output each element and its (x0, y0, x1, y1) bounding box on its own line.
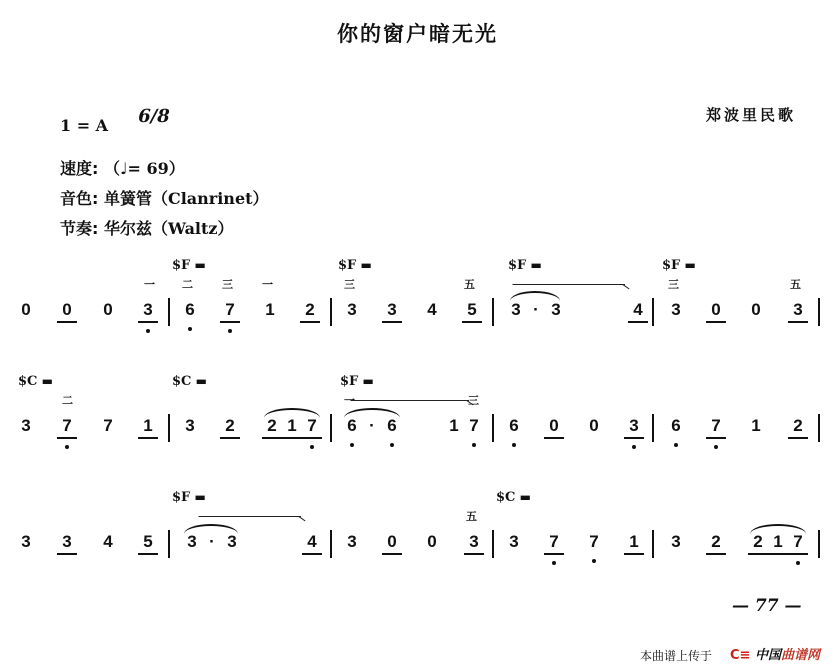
chord-label: $F ▬ (172, 258, 206, 273)
note: 6 (384, 416, 400, 436)
chord-label: $F ▬ (338, 258, 372, 273)
bar-line (652, 414, 654, 442)
lower-octave-dot (390, 443, 394, 447)
note: 3 (626, 416, 642, 436)
chord-label: $C ▬ (172, 374, 207, 389)
note: 5 (140, 532, 156, 552)
fingering-mark: 一 (262, 276, 273, 292)
bar-line (168, 298, 170, 326)
chord-suffix: ▬ (358, 374, 374, 388)
chord-suffix: ▬ (190, 490, 206, 504)
bar-line (330, 298, 332, 326)
note: 7 (59, 416, 75, 436)
timbre-value: 单簧管（Clanrinet） (104, 189, 269, 208)
lower-octave-dot (228, 329, 232, 333)
score-line-1: $F ▬$F ▬$F ▬$F ▬一二三一三五三五0003671233453·34… (0, 254, 835, 344)
note: 3 (140, 300, 156, 320)
bar-line (652, 298, 654, 326)
note: 2 (790, 416, 806, 436)
note: 3 (466, 532, 482, 552)
score-line-2: $C ▬$C ▬$F ▬二一三3771322176·61760036712 (0, 370, 835, 460)
phrase-bracket (512, 284, 625, 291)
note: 3 (668, 532, 684, 552)
note: 7 (222, 300, 238, 320)
lower-octave-dot (188, 327, 192, 331)
rhythm-row: 节奏: 华尔兹（Waltz） (60, 216, 234, 239)
note: 3 (184, 532, 200, 552)
bar-line (492, 414, 494, 442)
bar-line (652, 530, 654, 558)
note: 7 (546, 532, 562, 552)
note: 3 (506, 532, 522, 552)
note: 7 (100, 416, 116, 436)
note: 6 (344, 416, 360, 436)
lower-octave-dot (552, 561, 556, 565)
note: 3 (18, 532, 34, 552)
bar-line (818, 298, 820, 326)
fingering-mark: 二 (182, 276, 193, 292)
fingering-mark: 三 (344, 276, 355, 292)
note: 3 (548, 300, 564, 320)
augmentation-dot: · (204, 532, 220, 552)
bar-line (818, 414, 820, 442)
note: 4 (424, 300, 440, 320)
note: 0 (100, 300, 116, 320)
chord-label: $C ▬ (496, 490, 531, 505)
logo-text-china: 中国 (755, 648, 781, 663)
fingering-mark: 一 (344, 392, 355, 408)
note: 3 (344, 300, 360, 320)
note: 7 (586, 532, 602, 552)
lower-octave-dot (350, 443, 354, 447)
note: 7 (466, 416, 482, 436)
note: 1 (770, 532, 786, 552)
rhythm-label: 节奏: (60, 219, 98, 238)
note: 2 (264, 416, 280, 436)
note: 0 (384, 532, 400, 552)
note: 0 (18, 300, 34, 320)
chord-suffix: ▬ (37, 374, 53, 388)
chord-label: $F ▬ (340, 374, 374, 389)
fingering-mark: 五 (790, 276, 801, 292)
rhythm-value: 华尔兹（Waltz） (104, 219, 234, 238)
phrase-bracket (198, 516, 301, 523)
upload-notice: 本曲谱上传于 (640, 647, 712, 664)
note: 0 (708, 300, 724, 320)
augmentation-dot: · (528, 300, 544, 320)
lower-octave-dot (714, 445, 718, 449)
chord-suffix: ▬ (526, 258, 542, 272)
lower-octave-dot (65, 445, 69, 449)
note: 0 (59, 300, 75, 320)
fingering-mark: 五 (466, 508, 477, 524)
chord-label: $C ▬ (18, 374, 53, 389)
timbre-row: 音色: 单簧管（Clanrinet） (60, 186, 269, 209)
note: 3 (224, 532, 240, 552)
song-source: 郑波里民歌 (706, 104, 796, 125)
fingering-mark: 二 (62, 392, 73, 408)
site-logo[interactable]: C≡ 中国曲谱网 (730, 644, 820, 663)
chord-suffix: ▬ (680, 258, 696, 272)
note: 3 (790, 300, 806, 320)
note: 6 (506, 416, 522, 436)
phrase-bracket (350, 400, 469, 407)
chord-suffix: ▬ (190, 258, 206, 272)
chord-label: $F ▬ (172, 490, 206, 505)
tempo-value: （♩= 69） (104, 159, 185, 178)
note: 3 (384, 300, 400, 320)
bar-line (168, 414, 170, 442)
lower-octave-dot (796, 561, 800, 565)
augmentation-dot: · (364, 416, 380, 436)
chord-label: $F ▬ (662, 258, 696, 273)
note: 3 (344, 532, 360, 552)
note: 6 (182, 300, 198, 320)
key-signature: 1 = A (60, 116, 108, 135)
bar-line (492, 530, 494, 558)
note: 1 (140, 416, 156, 436)
note: 3 (508, 300, 524, 320)
lower-octave-dot (472, 443, 476, 447)
chord-suffix: ▬ (515, 490, 531, 504)
note: 7 (304, 416, 320, 436)
time-signature: 6/8 (136, 106, 172, 127)
note: 0 (546, 416, 562, 436)
fingering-mark: 三 (468, 392, 479, 408)
note: 4 (100, 532, 116, 552)
lower-octave-dot (674, 443, 678, 447)
note: 4 (304, 532, 320, 552)
logo-mark-icon: C≡ (730, 648, 750, 663)
bar-line (818, 530, 820, 558)
bar-line (330, 414, 332, 442)
bar-line (168, 530, 170, 558)
note: 2 (750, 532, 766, 552)
fingering-mark: 三 (222, 276, 233, 292)
note: 2 (708, 532, 724, 552)
note: 3 (18, 416, 34, 436)
bar-line (330, 530, 332, 558)
note: 1 (284, 416, 300, 436)
note: 3 (59, 532, 75, 552)
lower-octave-dot (632, 445, 636, 449)
note: 0 (748, 300, 764, 320)
note: 1 (262, 300, 278, 320)
note: 3 (668, 300, 684, 320)
tempo-row: 速度: （♩= 69） (60, 156, 185, 179)
note: 2 (222, 416, 238, 436)
chord-suffix: ▬ (191, 374, 207, 388)
score-line-3: $F ▬$C ▬五33453·343003377132217 (0, 486, 835, 576)
note: 1 (446, 416, 462, 436)
note: 4 (630, 300, 646, 320)
note: 5 (464, 300, 480, 320)
lower-octave-dot (146, 329, 150, 333)
note: 0 (424, 532, 440, 552)
logo-text-qupu: 曲谱网 (781, 648, 820, 663)
bar-line (492, 298, 494, 326)
note: 0 (586, 416, 602, 436)
chord-label: $F ▬ (508, 258, 542, 273)
tempo-label: 速度: (60, 159, 98, 178)
note: 7 (790, 532, 806, 552)
note: 7 (708, 416, 724, 436)
fingering-mark: 一 (144, 276, 155, 292)
note: 2 (302, 300, 318, 320)
lower-octave-dot (512, 443, 516, 447)
note: 1 (626, 532, 642, 552)
page-number: — 77 — (732, 596, 802, 616)
fingering-mark: 三 (668, 276, 679, 292)
lower-octave-dot (310, 445, 314, 449)
timbre-label: 音色: (60, 189, 98, 208)
note: 6 (668, 416, 684, 436)
lower-octave-dot (592, 559, 596, 563)
note: 1 (748, 416, 764, 436)
note: 3 (182, 416, 198, 436)
chord-suffix: ▬ (356, 258, 372, 272)
fingering-mark: 五 (464, 276, 475, 292)
song-title: 你的窗户暗无光 (0, 18, 835, 48)
